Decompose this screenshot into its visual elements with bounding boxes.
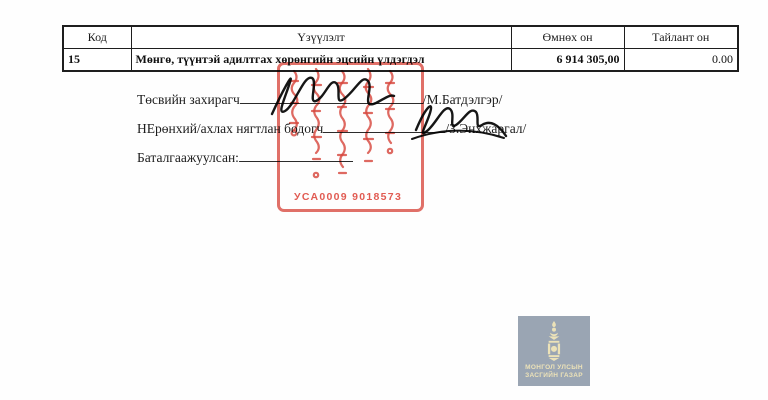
certified-label: Баталгаажуулсан: [137,150,239,165]
col-header-code: Код [63,26,131,49]
handwritten-signature-1 [262,68,400,120]
logo-caption-line1: МОНГОЛ УЛСЫН [525,364,583,372]
col-header-report-year: Тайлант он [624,26,738,49]
scanned-document-page: Код Үзүүлэлт Өмнөх он Тайлант он 15 Мөнг… [0,0,768,400]
logo-caption: МОНГОЛ УЛСЫН ЗАСГИЙН ГАЗАР [525,364,583,380]
col-header-indicator: Үзүүлэлт [131,26,511,49]
cell-prev-year: 6 914 305,00 [511,49,624,72]
table-header-row: Код Үзүүлэлт Өмнөх он Тайлант он [63,26,738,49]
budget-manager-label: Төсвийн захирагч [137,92,240,107]
handwritten-signature-2 [408,98,510,146]
col-header-prev-year: Өмнөх он [511,26,624,49]
logo-caption-line2: ЗАСГИЙН ГАЗАР [525,372,583,380]
cell-code: 15 [63,49,131,72]
stamp-serial-number: УСА0009 9018573 [294,191,402,203]
cell-report-year: 0.00 [624,49,738,72]
government-of-mongolia-logo: МОНГОЛ УЛСЫН ЗАСГИЙН ГАЗАР [518,316,590,386]
soyombo-icon [542,321,566,361]
